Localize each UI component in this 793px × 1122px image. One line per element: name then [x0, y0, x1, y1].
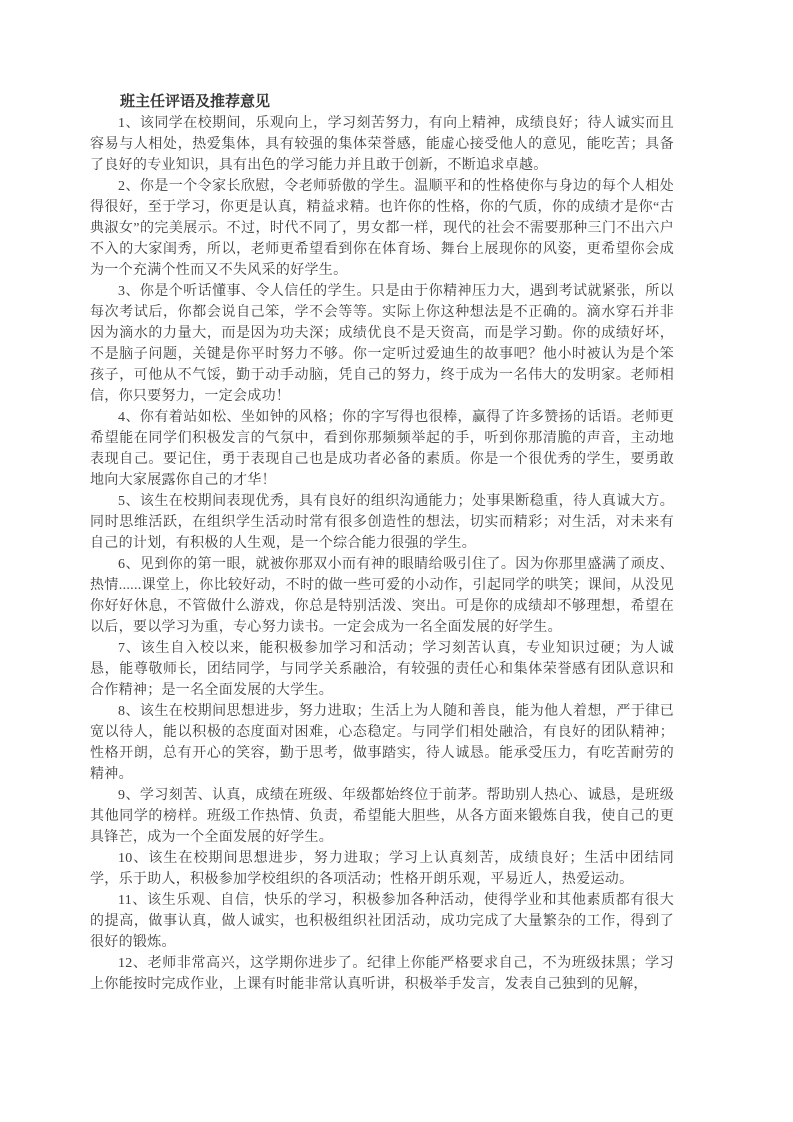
- comment-paragraph-9: 9、学习刻苦、认真，成绩在班级、年级都始终位于前茅。帮助别人热心、诚恳，是班级其…: [90, 785, 674, 848]
- comment-paragraph-5: 5、该生在校期间表现优秀，具有良好的组织沟通能力；处事果断稳重，待人真诚大方。同…: [90, 491, 674, 554]
- document-page: 班主任评语及推荐意见 1、该同学在校期间，乐观向上，学习刻苦努力，有向上精神，成…: [0, 0, 793, 1122]
- comment-paragraph-6: 6、见到你的第一眼，就被你那双小而有神的眼睛给吸引住了。因为你那里盛满了顽皮、热…: [90, 554, 674, 638]
- comment-paragraph-2: 2、你是一个令家长欣慰，令老师骄傲的学生。温顺平和的性格使你与身边的每个人相处得…: [90, 176, 674, 281]
- comment-paragraph-11: 11、该生乐观、自信，快乐的学习，积极参加各种活动，使得学业和其他素质都有很大的…: [90, 890, 674, 953]
- comment-paragraph-1: 1、该同学在校期间，乐观向上，学习刻苦努力，有向上精神，成绩良好；待人诚实而且容…: [90, 113, 674, 176]
- comment-paragraph-10: 10、该生在校期间思想进步，努力进取；学习上认真刻苦，成绩良好；生活中团结同学，…: [90, 848, 674, 890]
- document-title: 班主任评语及推荐意见: [90, 92, 674, 113]
- comment-paragraph-7: 7、该生自入校以来，能积极参加学习和活动；学习刻苦认真，专业知识过硬；为人诚恳，…: [90, 638, 674, 701]
- comment-paragraph-12: 12、老师非常高兴，这学期你进步了。纪律上你能严格要求自己，不为班级抹黑；学习上…: [90, 953, 674, 995]
- comment-paragraph-3: 3、你是个听话懂事、令人信任的学生。只是由于你精神压力大，遇到考试就紧张，所以每…: [90, 281, 674, 407]
- comment-paragraph-4: 4、你有着站如松、坐如钟的风格；你的字写得也很棒，赢得了许多赞扬的话语。老师更希…: [90, 407, 674, 491]
- document-body: 1、该同学在校期间，乐观向上，学习刻苦努力，有向上精神，成绩良好；待人诚实而且容…: [90, 113, 674, 995]
- comment-paragraph-8: 8、该生在校期间思想进步，努力进取；生活上为人随和善良，能为他人着想，严于律已宽…: [90, 701, 674, 785]
